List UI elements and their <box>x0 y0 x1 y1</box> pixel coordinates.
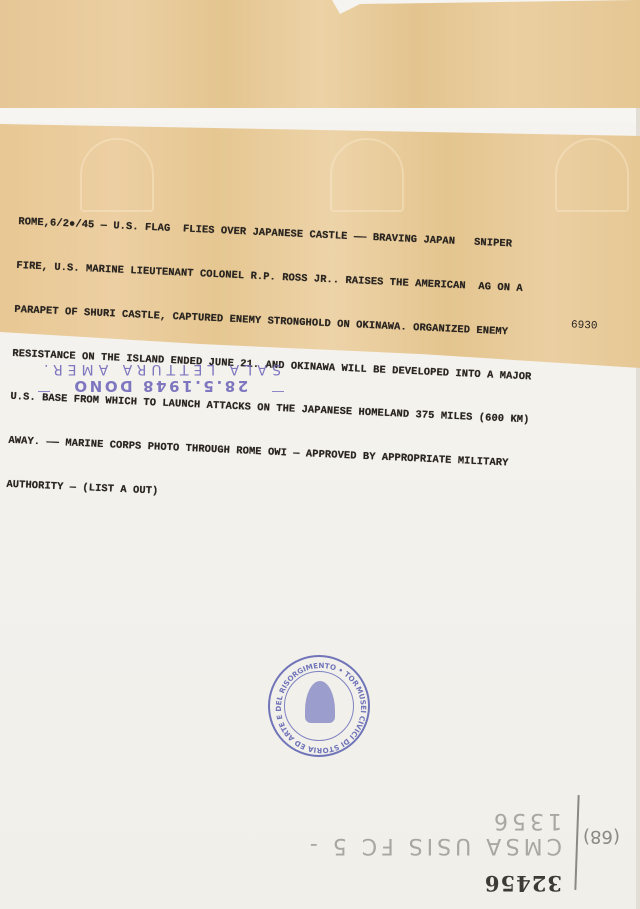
watermark-fleur-icon <box>555 138 629 212</box>
archive-notation: CMSA USIS FC 5 - 1356 32456 <box>290 818 590 898</box>
stamp-date-line: 28.5.1948 DONO <box>30 377 290 395</box>
caption-line: AWAY. —— MARINE CORPS PHOTO THROUGH ROME… <box>8 434 628 477</box>
inventory-number: 32456 <box>484 871 562 896</box>
stamp-dash-left <box>38 391 50 392</box>
caption-line: U.S. BASE FROM WHICH TO LAUNCH ATTACKS O… <box>10 390 630 433</box>
stamp-room-line: SALA LETTURA AMER. <box>30 355 290 377</box>
caption-reference-number: 6930 <box>571 319 598 332</box>
white-gap-band <box>0 108 636 122</box>
collection-code: CMSA USIS FC 5 - 1356 <box>290 808 562 858</box>
stamp-dash-right <box>272 391 284 392</box>
top-paper-strip <box>0 0 640 108</box>
folio-number: (68) <box>583 826 620 847</box>
caption-line: FIRE, U.S. MARINE LIEUTENANT COLONEL R.P… <box>16 259 636 302</box>
caption-line: PARAPET OF SHURI CASTLE, CAPTURED ENEMY … <box>14 303 634 346</box>
reading-room-stamp: 28.5.1948 DONO SALA LETTURA AMER. <box>30 355 290 395</box>
museum-circular-stamp: MUSEI CIVICI DI STORIA ED ARTE E DEL RIS… <box>268 655 370 757</box>
caption-line: ROME,6/2●/45 — U.S. FLAG FLIES OVER JAPA… <box>18 215 638 258</box>
